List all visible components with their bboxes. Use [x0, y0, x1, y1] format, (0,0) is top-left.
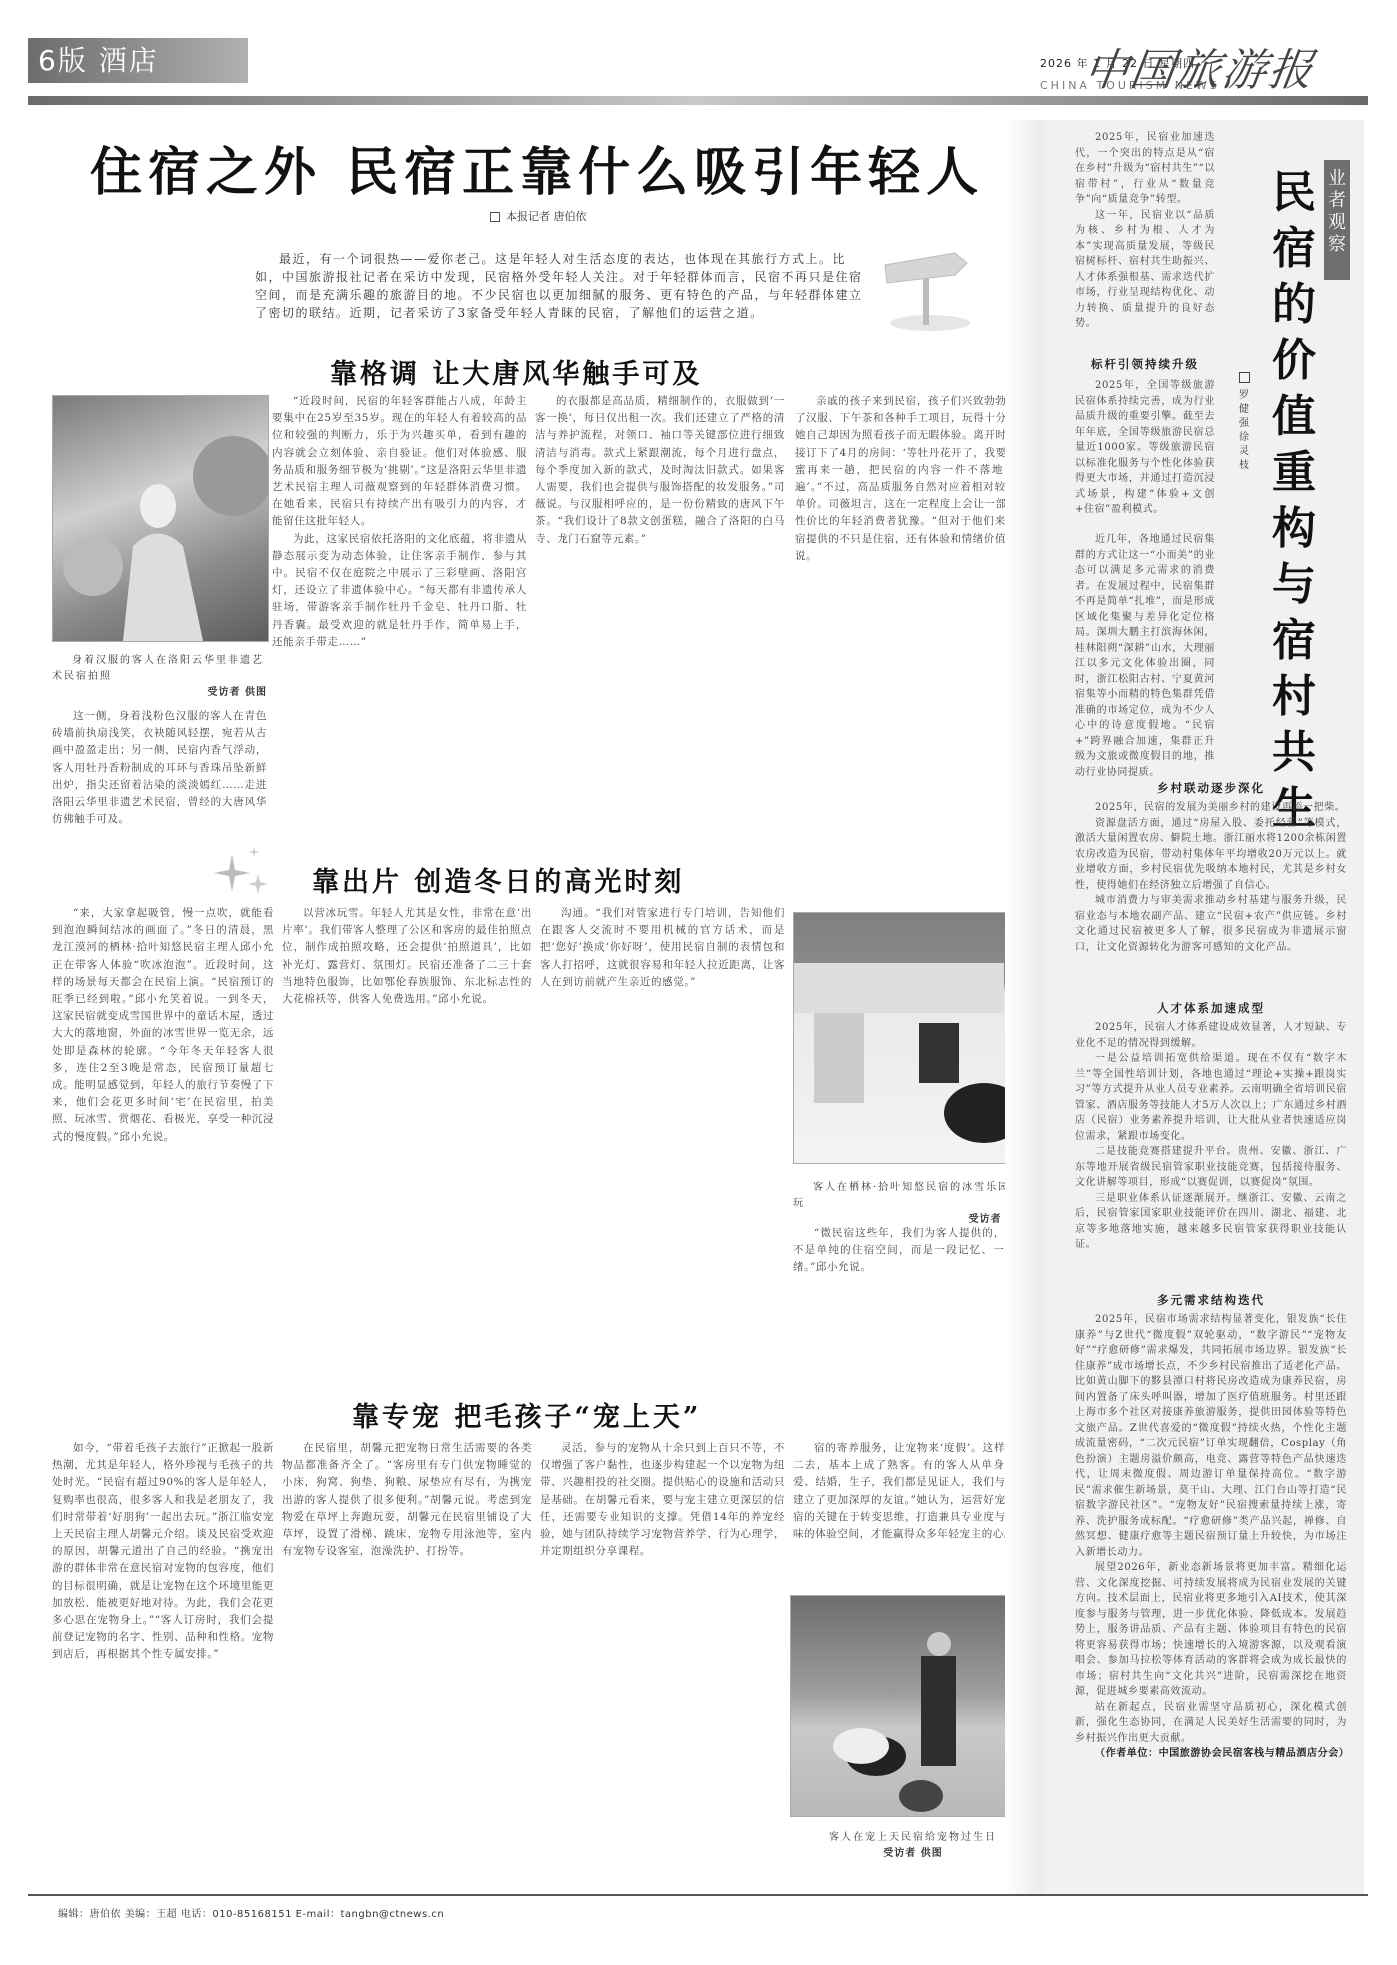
- section1-col4: 亲戚的孩子来到民宿，孩子们兴致勃勃地体验了汉服、下午茶和各种手工项目，玩得十分尽…: [795, 393, 1040, 565]
- sidebar-sec2: 2025年，民宿的发展为美丽乡村的建设再添一把柴。 资源盘活方面，通过“房屋入股…: [1075, 800, 1347, 955]
- section1-col3: 的衣服都是高品质，精细制作的，衣服做到‘一客一换’，每日仅出租一次。我们还建立了…: [535, 393, 785, 548]
- section3-col2: 在民宿里，胡馨元把宠物日常生活需要的各类物品都准备齐全了。“客房里有专门供宠物睡…: [282, 1440, 532, 1560]
- hanfu-figure-icon: [53, 396, 268, 641]
- sidebar-sec1-p1: 2025年，全国等级旅游民宿体系持续完善，成为行业品质升级的重要引擎。截至去年年…: [1075, 378, 1215, 518]
- section2-col3: 沟通。“我们对管家进行专门培训，告知他们在跟客人交流时不要用机械的官方话术，而是…: [540, 905, 785, 991]
- author-box-icon: [1239, 372, 1250, 383]
- section3-col4: 宿的寄养服务，让宠物来‘度假’。这样一来二去，基本上成了熟客。有的客人从单身到恋…: [793, 1440, 1028, 1543]
- dogs-person-icon: [791, 1596, 1031, 1816]
- sidebar-sec3: 2025年，民宿人才体系建设成效显著，人才短缺、专业化不足的情况得到缓解。 一是…: [1075, 1020, 1347, 1253]
- main-headline: 住宿之外 民宿正靠什么吸引年轻人: [90, 130, 984, 205]
- column-tag: 业者观察: [1324, 160, 1350, 280]
- sidebar-subhead-4: 多元需求结构迭代: [1075, 1292, 1347, 1308]
- footer-rule: [28, 1894, 1368, 1896]
- section2-col2: 以营冰玩雪。年轻人尤其是女性，非常在意‘出片率’。我们带客人整理了公区和客房的最…: [282, 905, 532, 1008]
- sidebar-sec4: 2025年，民宿市场需求结构显著变化，银发族“长住康养”与Z世代“微度假”双轮驱…: [1075, 1312, 1347, 1762]
- byline-box-icon: [490, 212, 500, 222]
- masthead-logo: 中国旅游报: [1081, 34, 1320, 98]
- main-byline: 本报记者 唐伯依: [490, 208, 587, 224]
- section3-col1: 如今，“带着毛孩子去旅行”正掀起一股新热潮，尤其是年轻人，格外珍视与毛孩子的共处…: [52, 1440, 274, 1664]
- pet-birthday-photo: [790, 1595, 1032, 1817]
- ice-snow-park-photo: [793, 912, 1030, 1164]
- snow-activity-icon: [794, 913, 1029, 1163]
- section1-caption: 身着汉服的客人在洛阳云华里非遗艺术民宿拍照 受访者 供图: [52, 653, 267, 701]
- section1-col1: 这一侧，身着浅粉色汉服的客人在青色砖墙前执扇浅笑，衣袂随风轻摆，宛若从古画中盈盈…: [52, 708, 267, 828]
- footer-credits: 编辑：唐伯依 美编：王超 电话：010-85168151 E-mail：tang…: [58, 1905, 444, 1920]
- author-unit: （作者单位：中国旅游协会民宿客栈与精品酒店分会）: [1075, 1746, 1347, 1762]
- sparkle-icon: [210, 842, 270, 902]
- section2-subhead: 靠出片 创造冬日的高光时刻: [312, 860, 684, 899]
- section3-caption: 客人在宠上天民宿给宠物过生日 受访者 供图: [808, 1830, 1018, 1862]
- section2-col1: “来，大家拿起吸管，慢一点吹，就能看到泡泡瞬间结冰的画面了。”冬日的清晨，黑龙江…: [52, 905, 274, 1146]
- sidebar-sec1-p2: 近几年，各地通过民宿集群的方式让这一“小而美”的业态可以满足多元需求的消费者。在…: [1075, 532, 1347, 780]
- sidebar-shadow: [1005, 120, 1045, 1895]
- header-rule: [28, 96, 1368, 105]
- section3-col3: 灵活，参与的宠物从十余只到上百只不等，不仅增强了客户黏性，也逐步构建起一个以宠物…: [540, 1440, 785, 1560]
- section3-subhead: 靠专宠 把毛孩子“宠上天”: [352, 1395, 701, 1434]
- section1-col2: “近段时间，民宿的年轻客群能占八成，年龄主要集中在25岁至35岁。现在的年轻人有…: [272, 393, 527, 651]
- sidebar-subhead-3: 人才体系加速成型: [1075, 1000, 1347, 1016]
- section2-caption: 客人在栖林·拾叶知悠民宿的冰雪乐园游玩 受访者 供图: [793, 1180, 1028, 1228]
- sidebar-author: 罗健强 徐灵枝: [1237, 372, 1251, 473]
- section2-col4: “微民宿这些年，我们为客人提供的，早已不是单纯的住宿空间，而是一段记忆、一种情绪…: [793, 1225, 1028, 1277]
- lede-paragraph: 最近，有一个词很热——爱你老己。这是年轻人对生活态度的表达，也体现在其旅行方式上…: [255, 250, 865, 322]
- signpost-icon: [875, 235, 975, 335]
- hanfu-guest-photo: [52, 395, 269, 642]
- sidebar-subhead-1: 标杆引领持续升级: [1075, 356, 1215, 372]
- section-label: 6版 酒店: [28, 38, 248, 83]
- sidebar-intro: 2025年，民宿业加速迭代，一个突出的特点是从“宿在乡村”升级为“宿村共生”“以…: [1075, 130, 1215, 332]
- sidebar-subhead-2: 乡村联动逐步深化: [1075, 780, 1347, 796]
- section1-subhead: 靠格调 让大唐风华触手可及: [330, 352, 702, 391]
